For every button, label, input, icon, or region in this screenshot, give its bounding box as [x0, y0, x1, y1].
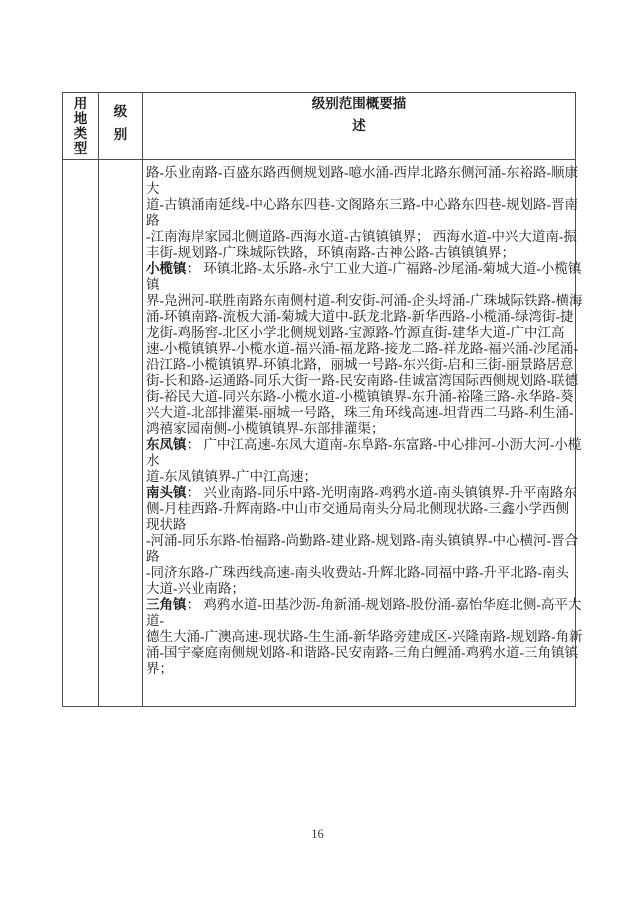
- description-line: 界；: [146, 661, 573, 677]
- description-line: 丰街-规划路-广珠城际铁路，环镇南路-古神公路-古镇镇镇界；: [146, 245, 573, 261]
- header-label-description-line2: 述: [143, 115, 575, 137]
- description-line: -江南海岸家园北侧道路-西海水道-古镇镇镇界； 西海水道-中兴大道南-振: [146, 229, 573, 245]
- description-line: 道-东凤镇镇界-广中江高速；: [146, 469, 573, 485]
- description-line: 东凤镇： 广中江高速-东凤大道南-东阜路-东富路-中心排河-小沥大河-小榄: [146, 437, 573, 453]
- header-cell-level: 级别: [99, 93, 143, 160]
- table-header-row: 用地类型 级别 级别范围概要描 述: [63, 93, 576, 160]
- header-label-level: 级别: [113, 100, 128, 146]
- town-name: 南头镇: [146, 485, 187, 500]
- description-line: 三角镇： 鸡鸦水道-田基沙沥-角新涌-规划路-股份涌-嘉怡华庭北侧-高平大: [146, 597, 573, 613]
- description-line: 涌-国宇豪庭南侧规划路-和谐路-民安南路-三角白鲤涌-鸡鸦水道-三角镇镇: [146, 645, 573, 661]
- description-line: 街-裕民大道-同兴东路-小榄水道-小榄镇镇界-东升涌-裕隆三路-永华路-葵: [146, 389, 573, 405]
- header-label-land-use-type: 用地类型: [73, 96, 88, 156]
- description-line: 镇: [146, 277, 573, 293]
- description-line: 水: [146, 453, 573, 469]
- description-line: 路: [146, 549, 573, 565]
- description-line: 南头镇： 兴业南路-同乐中路-光明南路-鸡鸦水道-南头镇镇界-升平南路东: [146, 485, 573, 501]
- description-line: 沿江路-小榄镇镇界-环镇北路，丽城一号路-东兴街-启和三街-丽景路居意: [146, 357, 573, 373]
- description-line: 大: [146, 181, 573, 197]
- description-line: 现状路: [146, 517, 573, 533]
- description-line: 路-乐业南路-百盛东路西侧规划路-噫水涌-西岸北路东侧河涌-东裕路-顺康: [146, 165, 573, 181]
- description-line: 路: [146, 213, 573, 229]
- description-line: 德生大涌-广澳高速-现状路-生生涌-新华路旁建成区-兴隆南路-规划路-角新: [146, 629, 573, 645]
- description-line: -同济东路-广珠西线高速-南头收费站-升辉北路-同福中路-升平北路-南头: [146, 565, 573, 581]
- header-cell-land-use-type: 用地类型: [63, 93, 99, 160]
- description-line: 侧-月桂西路-升辉南路-中山市交通局南头分局北侧现状路-三鑫小学西侧: [146, 501, 573, 517]
- table-body-row: 路-乐业南路-百盛东路西侧规划路-噫水涌-西岸北路东侧河涌-东裕路-顺康大道-古…: [63, 160, 576, 707]
- document-page: 用地类型 级别 级别范围概要描 述 路-乐业南路-百盛东路西侧规划路-噫水涌-西…: [0, 0, 635, 898]
- description-line: 界-凫洲河-联胜南路东南侧村道-利安街-河涌-企头埒涌-广珠城际铁路-横海: [146, 293, 573, 309]
- header-label-description-line1: 级别范围概要描: [143, 93, 575, 115]
- cell-land-use-type-empty: [63, 160, 99, 707]
- page-number: 16: [0, 827, 635, 842]
- cell-description: 路-乐业南路-百盛东路西侧规划路-噫水涌-西岸北路东侧河涌-东裕路-顺康大道-古…: [143, 160, 576, 707]
- description-line: 涌-环镇南路-流板大涌-菊城大道中-跃龙北路-新华西路-小榄涌-绿湾街-捷: [146, 309, 573, 325]
- description-line: 龙街-鸡肠窖-北区小学北侧规划路-宝源路-竹源直街-建华大道-广中江高: [146, 325, 573, 341]
- description-line: -河涌-同乐东路-怡福路-尚勤路-建业路-规划路-南头镇镇界-中心横河-晋合: [146, 533, 573, 549]
- description-line: 大道-兴业南路；: [146, 581, 573, 597]
- town-name: 东凤镇: [146, 437, 187, 452]
- description-line: 兴大道-北部排灌渠-丽城一号路，珠三角环线高速-坦背西二马路-利生涌-: [146, 405, 573, 421]
- level-description-table: 用地类型 级别 级别范围概要描 述 路-乐业南路-百盛东路西侧规划路-噫水涌-西…: [62, 92, 576, 707]
- description-line: 鸿禧家园南侧-小榄镇镇界-东部排灌渠；: [146, 421, 573, 437]
- description-line: 街-长和路-运通路-同乐大街一路-民安南路-佳诚富湾国际西侧规划路-联德: [146, 373, 573, 389]
- description-line: 道-: [146, 613, 573, 629]
- description-line: 小榄镇： 环镇北路-太乐路-永宁工业大道-广福路-沙尾涌-菊城大道-小榄镇: [146, 261, 573, 277]
- town-name: 小榄镇: [146, 261, 187, 276]
- description-line: 速-小榄镇镇界-小榄水道-福兴涌-福龙路-接龙二路-祥龙路-福兴涌-沙尾涌-: [146, 341, 573, 357]
- cell-level-empty: [99, 160, 143, 707]
- header-cell-description: 级别范围概要描 述: [143, 93, 576, 160]
- description-line: 道-古镇涌南延线-中心路东四巷-文阁路东三路-中心路东四巷-规划路-晋南: [146, 197, 573, 213]
- town-name: 三角镇: [146, 597, 187, 612]
